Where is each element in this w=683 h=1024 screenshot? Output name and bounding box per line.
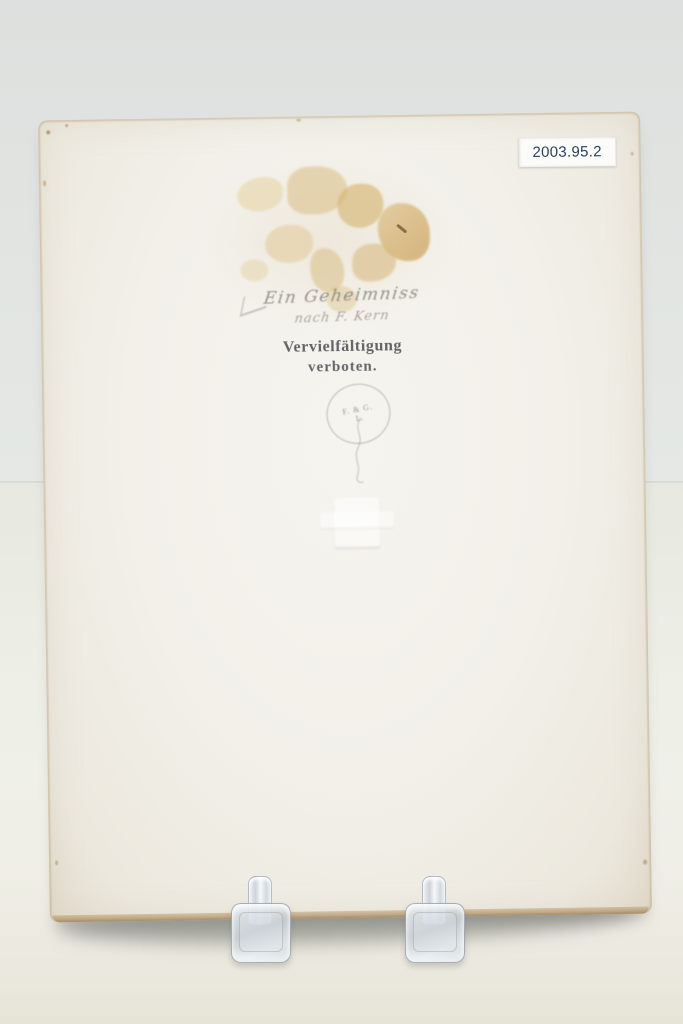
embossed-mark: [334, 497, 381, 548]
edge-wear-speck: [296, 119, 301, 122]
acrylic-stand-left: [231, 876, 291, 962]
edge-wear-speck: [65, 124, 68, 127]
pencil-squiggle: [331, 415, 392, 486]
acrylic-stand-right: [405, 876, 465, 962]
edge-wear-speck: [46, 130, 50, 134]
stand-base: [405, 903, 465, 963]
residue-patch: [265, 224, 314, 263]
edge-wear-speck: [55, 860, 58, 865]
museum-photo: 2003.95.2 Ein Geheimniss nach F. Kern Ve…: [0, 0, 683, 1024]
accession-number-text: 2003.95.2: [532, 143, 602, 161]
stand-base: [231, 903, 291, 963]
artwork-board-back: 2003.95.2 Ein Geheimniss nach F. Kern Ve…: [38, 112, 652, 923]
edge-wear-speck: [643, 860, 647, 865]
edge-wear-speck: [631, 152, 634, 156]
edge-wear-speck: [43, 180, 46, 186]
accession-number-label: 2003.95.2: [518, 137, 615, 167]
